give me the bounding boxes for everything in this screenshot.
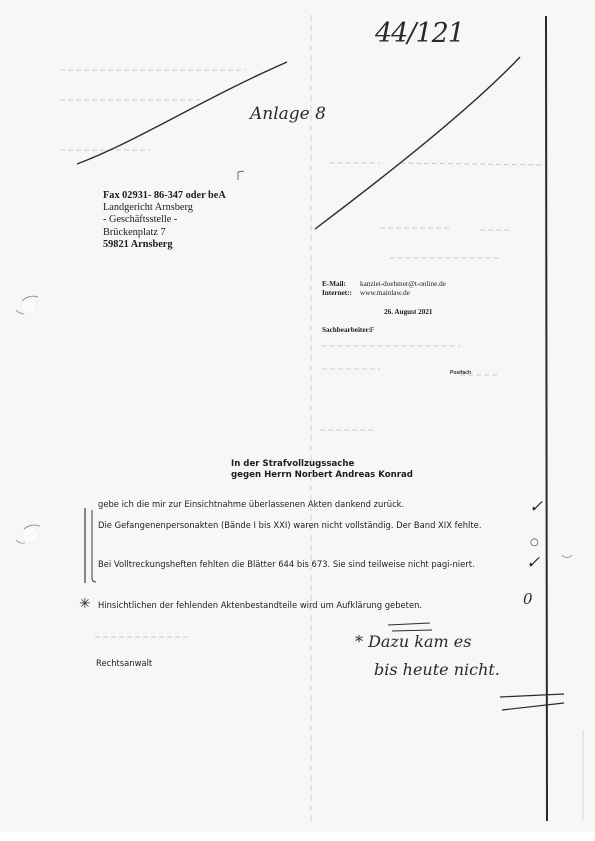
email-value: kanzlei-doehmer@t-online.de bbox=[360, 280, 446, 288]
scan-marks-overlay bbox=[0, 0, 595, 841]
strike-stroke-right bbox=[315, 57, 520, 229]
sender-contact-block: E-Mail:kanzlei-doehmer@t-online.de Inter… bbox=[322, 280, 446, 298]
faint-letterhead-word: Postfach bbox=[450, 370, 471, 376]
body-paragraph-1: Die Gefangenenpersonakten (Bände I bis X… bbox=[98, 520, 518, 531]
body-paragraph-3: Hinsichtlichen der fehlenden Aktenbestan… bbox=[98, 600, 422, 611]
recipient-address: Fax 02931- 86-347 oder beA Landgericht A… bbox=[103, 190, 226, 251]
subject-line-1: In der Strafvollzugssache bbox=[231, 459, 413, 470]
margin-rule bbox=[546, 16, 547, 821]
letter-date: 26. August 2021 bbox=[384, 308, 433, 317]
punch-hole-bottom bbox=[16, 525, 40, 543]
fax-line: Fax 02931- 86-347 oder beA bbox=[103, 190, 226, 202]
court-street: Brückenplatz 7 bbox=[103, 227, 226, 239]
body-intro: gebe ich die mir zur Einsichtnahme überl… bbox=[98, 499, 404, 510]
punch-hole-top bbox=[16, 296, 38, 314]
circle-mark-icon: ○ bbox=[530, 537, 539, 548]
internet-label: Internet:: bbox=[322, 289, 360, 298]
handwritten-note-line-1: * Dazu kam es bbox=[355, 632, 471, 651]
email-label: E-Mail: bbox=[322, 280, 360, 289]
clerk-value: F bbox=[370, 326, 374, 334]
check-mark-icon: ✓ bbox=[526, 553, 540, 573]
subject-line: In der Strafvollzugssache gegen Herrn No… bbox=[231, 459, 413, 481]
handwritten-note-line-2: bis heute nicht. bbox=[374, 660, 500, 679]
clerk-label: Sachbearbeiter: bbox=[322, 326, 370, 335]
signature-title: Rechtsanwalt bbox=[96, 658, 152, 668]
margin-bracket-inner bbox=[92, 510, 96, 582]
asterisk-mark-icon: ✳ bbox=[79, 596, 91, 613]
court-city: 59821 Arnsberg bbox=[103, 239, 226, 251]
subject-line-2: gegen Herrn Norbert Andreas Konrad bbox=[231, 470, 413, 481]
zero-mark-icon: 0 bbox=[523, 590, 533, 608]
handwritten-annex-label: Anlage 8 bbox=[250, 104, 326, 124]
body-paragraph-2: Bei Volltreckungsheften fehlten die Blät… bbox=[98, 559, 518, 570]
handwritten-page-number: 44/121 bbox=[375, 18, 464, 49]
check-mark-icon: ✓ bbox=[529, 497, 543, 517]
court-name: Landgericht Arnsberg bbox=[103, 202, 226, 214]
court-department: - Geschäftsstelle - bbox=[103, 214, 226, 226]
internet-value: www.mainlaw.de bbox=[360, 289, 410, 297]
